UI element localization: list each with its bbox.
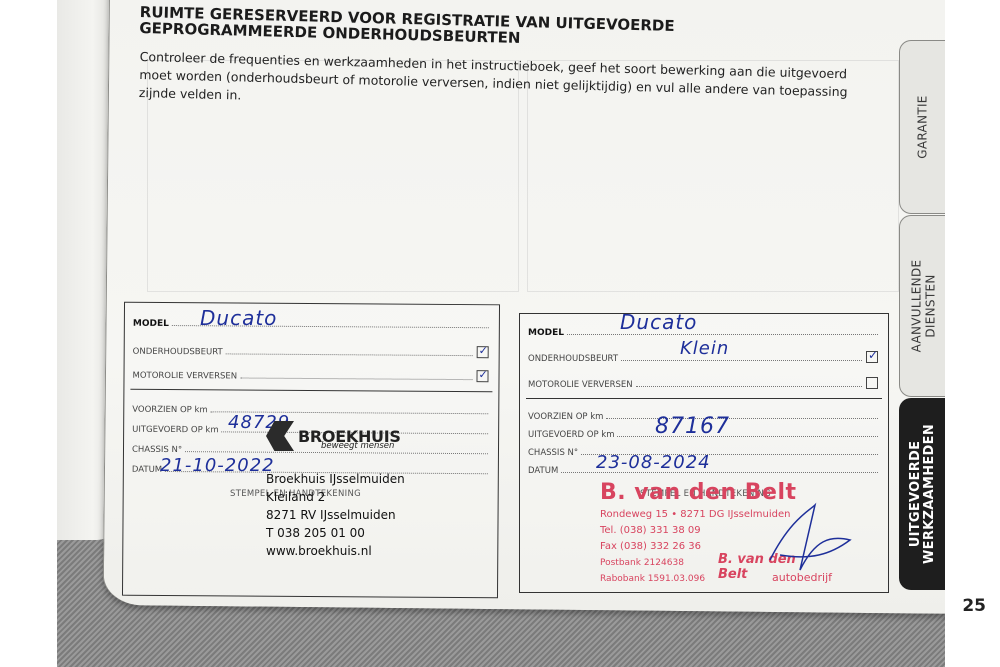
model-field[interactable]: MODEL <box>133 313 489 331</box>
onderhoudsbeurt-checkbox[interactable]: ✓ <box>477 346 489 358</box>
onderhoudsbeurt-note: Klein <box>680 338 729 359</box>
motorolie-checkbox[interactable]: ✓ <box>476 370 488 382</box>
onderhoudsbeurt-checkbox[interactable]: ✓ <box>866 351 878 363</box>
uitgevoerd-label: UITGEVOERD OP km <box>528 430 614 440</box>
stamp-line: 8271 RV IJsselmuiden <box>266 506 405 524</box>
onderhoudsbeurt-label: ONDERHOUDSBEURT <box>528 354 618 364</box>
tab-aanvullende-diensten[interactable]: AANVULLENDEDIENSTEN <box>899 215 945 397</box>
broekhuis-stamp: Broekhuis IJsselmuiden Kleiland 2 8271 R… <box>266 470 405 560</box>
onderhoudsbeurt-field[interactable]: ONDERHOUDSBEURT ✓ <box>133 341 489 359</box>
model-value: Ducato <box>620 310 697 334</box>
model-field[interactable]: MODEL <box>528 322 878 338</box>
model-label: MODEL <box>528 328 564 338</box>
chassis-label: CHASSIS N° <box>528 448 578 458</box>
voorzien-field[interactable]: VOORZIEN OP km <box>132 399 488 417</box>
signature-icon <box>760 500 860 580</box>
tab-uitgevoerde-werkzaamheden[interactable]: UITGEVOERDEWERKZAAMHEDEN <box>899 398 945 590</box>
stamp-line: www.broekhuis.nl <box>266 542 405 560</box>
voorzien-label: VOORZIEN OP km <box>528 412 603 422</box>
page-number: 25 <box>962 596 986 616</box>
stamp-line: Broekhuis IJsselmuiden <box>266 470 405 488</box>
uitgevoerd-label: UITGEVOERD OP km <box>132 425 219 436</box>
onderhoudsbeurt-label: ONDERHOUDSBEURT <box>133 347 223 358</box>
divider <box>526 398 882 399</box>
check-mark-icon: ✓ <box>478 368 487 381</box>
motorolie-field[interactable]: MOTOROLIE VERVERSEN ✓ <box>132 365 488 383</box>
tab-garantie[interactable]: GARANTIE <box>899 40 945 214</box>
divider <box>130 389 492 393</box>
voorzien-label: VOORZIEN OP km <box>132 405 208 416</box>
tab-label: UITGEVOERDEWERKZAAMHEDEN <box>909 424 937 564</box>
model-value: Ducato <box>200 306 277 330</box>
section-tabs: GARANTIE AANVULLENDEDIENSTEN UITGEVOERDE… <box>893 0 945 667</box>
uitgevoerd-km-value: 87167 <box>655 414 730 439</box>
broekhuis-logo-icon <box>266 421 294 451</box>
motorolie-field[interactable]: MOTOROLIE VERVERSEN <box>528 374 878 390</box>
stamp-line: Kleiland 2 <box>266 488 405 506</box>
check-mark-icon: ✓ <box>868 348 878 362</box>
model-label: MODEL <box>133 319 169 329</box>
logo-tagline: beweegt mensen <box>321 441 394 451</box>
datum-label: DATUM <box>132 465 162 475</box>
broekhuis-logo: BROEKHUIS beweegt mensen <box>266 421 401 451</box>
chassis-label: CHASSIS N° <box>132 445 182 455</box>
tab-label: GARANTIE <box>916 95 930 158</box>
datum-value: 21-10-2022 <box>160 455 275 476</box>
motorolie-label: MOTOROLIE VERVERSEN <box>528 380 633 390</box>
datum-value: 23-08-2024 <box>596 452 711 473</box>
motorolie-label: MOTOROLIE VERVERSEN <box>132 371 237 382</box>
check-mark-icon: ✓ <box>479 344 488 357</box>
datum-label: DATUM <box>528 466 558 476</box>
tab-label: AANVULLENDEDIENSTEN <box>909 260 937 353</box>
stamp-line: T 038 205 01 00 <box>266 524 405 542</box>
motorolie-checkbox[interactable] <box>866 377 878 389</box>
